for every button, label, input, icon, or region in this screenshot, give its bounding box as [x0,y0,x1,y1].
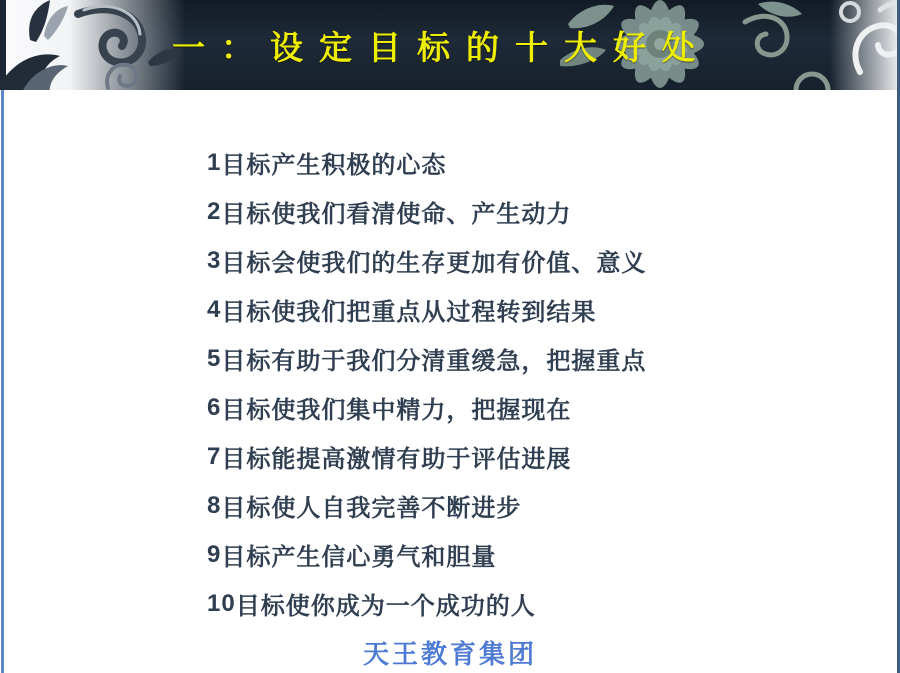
presentation-slide: 一：设定目标的十大好处 1目标产生积极的心态 2目标使我们看清使命、产生动力 3… [0,0,900,673]
list-item: 7目标能提高激情有助于评估进展 [207,432,646,481]
list-item: 6目标使我们集中精力，把握现在 [207,383,646,432]
list-item: 2目标使我们看清使命、产生动力 [207,187,646,236]
item-text: 目标有助于我们分清重缓急，把握重点 [221,341,646,376]
list-item: 10目标使你成为一个成功的人 [207,579,646,628]
list-item: 5目标有助于我们分清重缓急，把握重点 [207,334,646,383]
item-number: 1 [207,149,221,177]
list-item: 3目标会使我们的生存更加有价值、意义 [207,236,646,285]
left-border-line [1,90,4,673]
header-left-dark-strip [0,0,6,90]
item-number: 10 [207,590,236,618]
item-number: 8 [207,492,221,520]
list-item: 1目标产生积极的心态 [207,138,646,187]
item-number: 3 [207,247,221,275]
item-text: 目标产生积极的心态 [221,145,446,180]
item-text: 目标使我们把重点从过程转到结果 [221,292,596,327]
slide-header-banner: 一：设定目标的十大好处 [0,0,900,90]
item-text: 目标产生信心勇气和胆量 [221,537,496,572]
item-text: 目标使我们集中精力，把握现在 [221,390,571,425]
item-number: 6 [207,394,221,422]
item-number: 7 [207,443,221,471]
item-text: 目标使你成为一个成功的人 [236,586,536,621]
item-text: 目标会使我们的生存更加有价值、意义 [221,243,646,278]
list-item: 9目标产生信心勇气和胆量 [207,530,646,579]
item-number: 4 [207,296,221,324]
list-item: 8目标使人自我完善不断进步 [207,481,646,530]
item-text: 目标能提高激情有助于评估进展 [221,439,571,474]
item-text: 目标使我们看清使命、产生动力 [221,194,571,229]
benefits-list: 1目标产生积极的心态 2目标使我们看清使命、产生动力 3目标会使我们的生存更加有… [207,138,646,628]
item-number: 9 [207,541,221,569]
slide-title: 一：设定目标的十大好处 [172,0,711,90]
header-left-light-gradient [0,0,190,90]
item-text: 目标使人自我完善不断进步 [221,488,521,523]
header-right-light-gradient [830,0,900,90]
item-number: 2 [207,198,221,226]
list-item: 4目标使我们把重点从过程转到结果 [207,285,646,334]
item-number: 5 [207,345,221,373]
footer-brand: 天王教育集团 [0,634,900,671]
